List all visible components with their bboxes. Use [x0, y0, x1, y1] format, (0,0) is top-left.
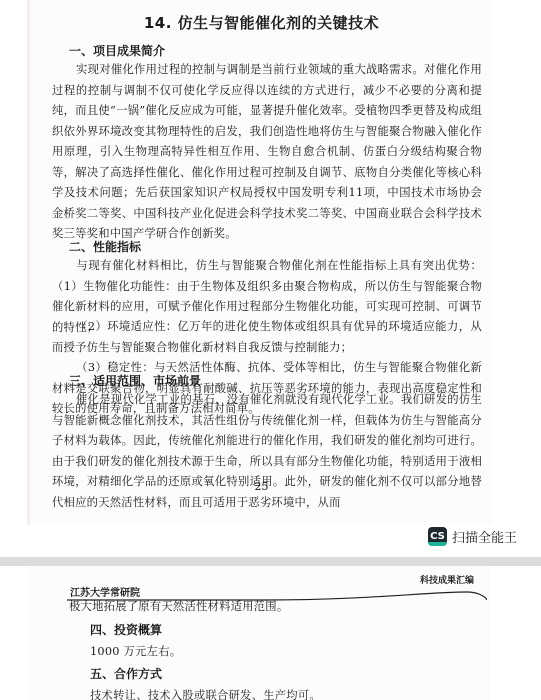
- continuation-text: 极大地拓展了原有天然活性材料适用范围。: [69, 598, 288, 614]
- section-heading-2: 二、性能指标: [69, 238, 141, 255]
- camscanner-logo-icon: CS: [428, 527, 447, 546]
- page-number: 25: [30, 480, 493, 493]
- section-1-paragraph: 实现对催化作用过程的控制与调制是当前行业领域的重大战略需求。对催化作用过程的控制…: [52, 60, 482, 245]
- document-title: 14. 仿生与智能催化剂的关键技术: [30, 12, 493, 33]
- section-heading-5: 五、合作方式: [90, 665, 162, 682]
- section-heading-3: 三、适用范围、市场前景: [69, 372, 201, 389]
- document-page-25: 14. 仿生与智能催化剂的关键技术 一、项目成果简介 实现对催化作用过程的控制与…: [27, 0, 493, 525]
- section-heading-4: 四、投资概算: [90, 621, 162, 638]
- document-page-26: 江苏大学常研院 科技成果汇编 极大地拓展了原有天然活性材料适用范围。 四、投资概…: [27, 566, 490, 700]
- section-4-text: 1000 万元左右。: [90, 643, 181, 659]
- section-2-paragraph-2: （2）环境适应性：亿万年的进化使生物体或组织具有优异的环境适应能力，从而授予仿生…: [52, 317, 482, 358]
- running-header-right: 科技成果汇编: [420, 573, 474, 586]
- page-separator: [0, 557, 541, 566]
- paragraph-text: （2）环境适应性：亿万年的进化使生物体或组织具有优异的环境适应能力，从而授予仿生…: [52, 320, 482, 354]
- section-3-paragraph: 催化是现代化学工业的基石，没有催化剂就没有现代化学工业。我们研发的仿生与智能新概…: [52, 390, 482, 513]
- section-heading-1: 一、项目成果简介: [69, 42, 165, 59]
- camscanner-watermark: CS 扫描全能王: [428, 527, 517, 546]
- watermark-label: 扫描全能王: [452, 527, 517, 546]
- section-5-text: 技术转让、技术入股或联合研发、生产均可。: [90, 687, 321, 700]
- paragraph-text: 实现对催化作用过程的控制与调制是当前行业领域的重大战略需求。对催化作用过程的控制…: [52, 63, 482, 240]
